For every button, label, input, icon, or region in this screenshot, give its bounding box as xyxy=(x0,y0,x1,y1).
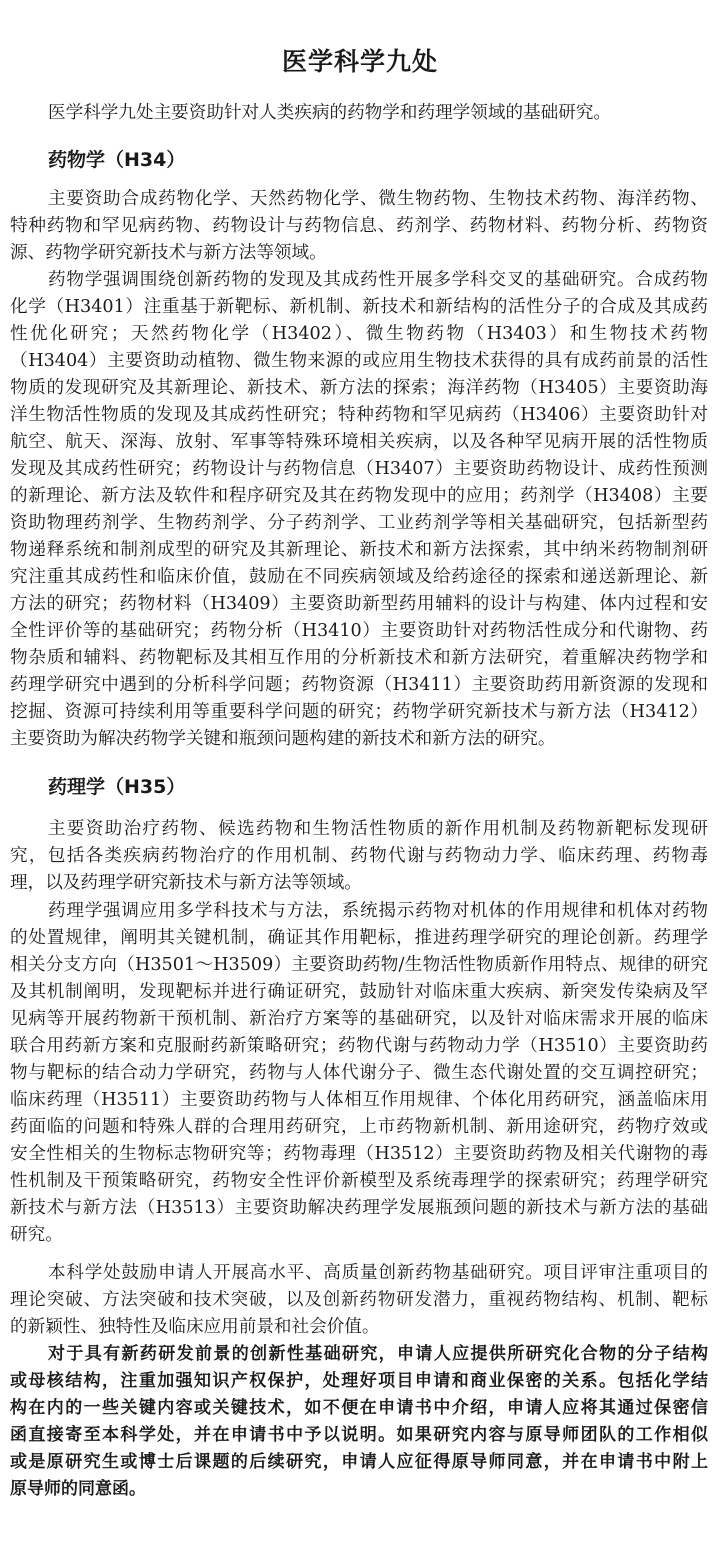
intro-paragraph: 医学科学九处主要资助针对人类疾病的药物学和药理学领域的基础研究。 xyxy=(48,102,708,124)
section-heading-pharmacology: 药理学（H35） xyxy=(48,772,185,799)
section-heading-pharmacy: 药物学（H34） xyxy=(48,145,185,172)
page-title: 医学科学九处 xyxy=(0,42,720,78)
